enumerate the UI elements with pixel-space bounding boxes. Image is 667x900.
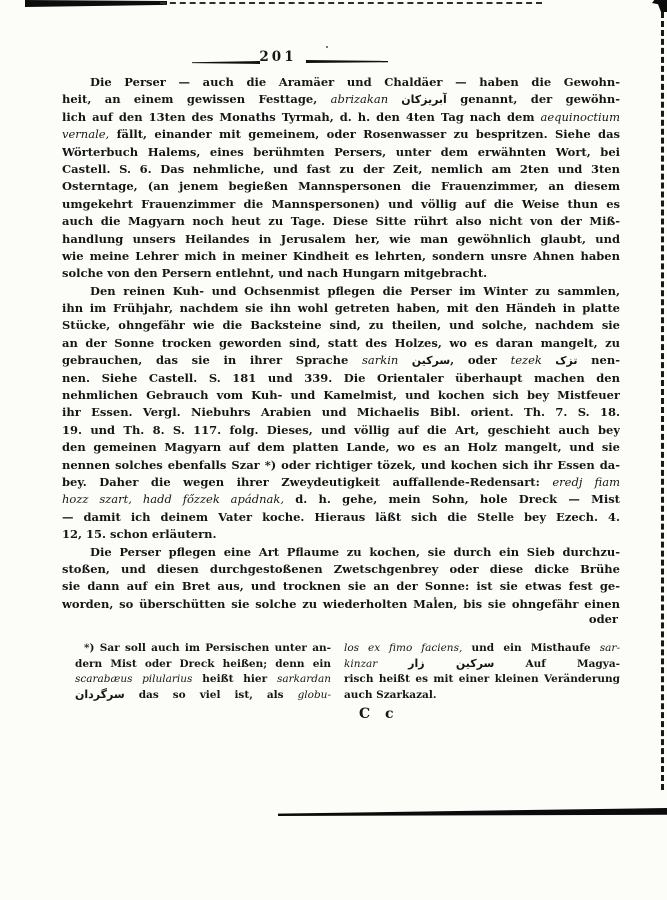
fraktur-text: stoßen, und diesen durchgestoßenen Zwets… xyxy=(62,562,620,578)
arabic-script-text: سرکین xyxy=(412,354,450,367)
text-line: hozz szart, hadd főzzek apádnak, d. h. g… xyxy=(62,491,620,508)
footnotes: *) Sar soll auch im Persischen unter an-… xyxy=(75,641,620,723)
text-line: umgekehrt Frauenzimmer die Mannspersonen… xyxy=(62,196,620,213)
text-line: سرگردان das so viel ist, als globu- xyxy=(75,688,331,704)
text-line: auch die Magyarn noch heut zu Tage. Dies… xyxy=(62,213,620,230)
latin-italic-text: abrizakan xyxy=(331,92,402,106)
fraktur-text: d. h. gehe, mein Sohn, hole Dreck — Mist xyxy=(284,492,620,506)
fraktur-text: nen. Siehe Castell. S. 181 und 339. Die … xyxy=(62,371,620,385)
latin-italic-text: sarkin xyxy=(362,353,412,367)
fraktur-text: gebrauchen, das sie in ihrer Sprache xyxy=(62,353,362,367)
arabic-script-text: آبریزکان xyxy=(401,93,447,106)
fraktur-text: nehmlichen Gebrauch vom Kuh- und Kamelmi… xyxy=(62,388,620,402)
text-line: solche von den Persern entlehnt, und nac… xyxy=(62,265,620,282)
header-rule-left xyxy=(192,61,260,64)
fraktur-text: ihn im Frühjahr, nachdem sie ihn wohl ge… xyxy=(62,301,620,315)
text-line: 19. und Th. 8. S. 117. folg. Dieses, und… xyxy=(62,422,620,439)
fraktur-text: — damit ich deinem Vater koche. Hieraus … xyxy=(62,510,620,524)
latin-italic-text: eredj fiam xyxy=(552,475,620,489)
text-line: 12, 15. schon erläutern. xyxy=(62,526,620,543)
text-line: an der Sonne trocken geworden sind, stat… xyxy=(62,335,620,352)
scan-line-bottom xyxy=(278,808,667,816)
fraktur-text: nennen solches ebenfalls Szar *) oder ri… xyxy=(62,458,620,472)
fraktur-text: sie dann auf ein Bret aus, und trocknen … xyxy=(62,579,620,593)
text-line: worden, so überschütten sie solche zu wi… xyxy=(62,596,620,613)
fraktur-text: 19. und Th. 8. S. 117. folg. Dieses, und… xyxy=(62,423,620,437)
fraktur-text: Auf Magya- xyxy=(494,658,620,670)
latin-italic-text: sarkardan xyxy=(277,673,331,685)
fraktur-text: 12, 15. schon erläutern. xyxy=(62,527,217,541)
fraktur-text: ihr Essen. Vergl. Niebuhrs Arabien und M… xyxy=(62,405,620,419)
fraktur-text: umgekehrt Frauenzimmer die Mannspersonen… xyxy=(62,197,620,211)
text-line: los ex fimo faciens, und ein Misthaufe s… xyxy=(344,641,620,657)
fraktur-text: handlung unsers Heilandes in Jerusalem h… xyxy=(62,232,620,246)
latin-italic-text: sar- xyxy=(600,642,620,654)
text-line: gebrauchen, das sie in ihrer Sprache sar… xyxy=(62,352,620,369)
fraktur-text: heit, an einem gewissen Festtage, xyxy=(62,92,331,106)
scan-line-right-edge xyxy=(661,12,664,790)
fraktur-text: risch heißt es mit einer kleinen Verände… xyxy=(344,673,620,685)
text-line: heit, an einem gewissen Festtage, abriza… xyxy=(62,91,620,108)
fraktur-text: lich auf den 13ten des Monaths Tyrmah, d… xyxy=(62,110,541,124)
text-line: stoßen, und diesen durchgestoßenen Zwets… xyxy=(62,561,620,578)
scan-blob-top-right xyxy=(652,0,667,12)
arabic-script-text: تزک xyxy=(555,354,577,367)
fraktur-text: und ein Misthaufe xyxy=(462,642,599,654)
fraktur-text: bey. Daher die wegen ihrer Zweydeutigkei… xyxy=(62,475,552,489)
latin-italic-text: vernale, xyxy=(62,127,109,141)
text-line: handlung unsers Heilandes in Jerusalem h… xyxy=(62,231,620,248)
page-number: 201 xyxy=(252,49,304,65)
fraktur-text: Die Perser pflegen eine Art Pflaume zu k… xyxy=(90,545,620,559)
paragraph: Die Perser pflegen eine Art Pflaume zu k… xyxy=(62,544,620,614)
latin-italic-text: aequinoctium xyxy=(541,110,621,124)
fraktur-text: das so viel ist, als xyxy=(125,689,298,701)
text-line: den gemeinen Magyarn auf dem platten Lan… xyxy=(62,439,620,456)
text-line: nen. Siehe Castell. S. 181 und 339. Die … xyxy=(62,370,620,387)
latin-italic-text: scarabæus pilularius xyxy=(75,673,192,685)
text-line: ihn im Frühjahr, nachdem sie ihn wohl ge… xyxy=(62,300,620,317)
fraktur-text: Den reinen Kuh- und Ochsenmist pflegen d… xyxy=(90,284,620,298)
scan-smudge-top-line xyxy=(160,2,542,4)
footnote-column-left: *) Sar soll auch im Persischen unter an-… xyxy=(75,641,331,703)
paragraph: Die Perser — auch die Aramäer und Chaldä… xyxy=(62,74,620,283)
scan-smudge-top-left xyxy=(25,0,167,7)
footnote-column-right: los ex fimo faciens, und ein Misthaufe s… xyxy=(344,641,620,723)
text-line: nehmlichen Gebrauch vom Kuh- und Kamelmi… xyxy=(62,387,620,404)
text-line: lich auf den 13ten des Monaths Tyrmah, d… xyxy=(62,109,620,126)
text-line: *) Sar soll auch im Persischen unter an- xyxy=(75,641,331,657)
header-rule-right xyxy=(306,60,388,63)
fraktur-text: nen- xyxy=(577,353,620,367)
signature-mark: C c xyxy=(344,707,620,723)
scan-speck xyxy=(326,46,328,48)
fraktur-text: Wörterbuch Halems, eines berühmten Perse… xyxy=(62,145,620,159)
fraktur-text: Castell. S. 6. Das nehmliche, und fast z… xyxy=(62,162,620,176)
latin-italic-text: kinzar xyxy=(344,658,408,670)
text-line: sie dann auf ein Bret aus, und trocknen … xyxy=(62,578,620,595)
fraktur-text: worden, so überschütten sie solche zu wi… xyxy=(62,597,620,611)
fraktur-text: Die Perser — auch die Aramäer und Chaldä… xyxy=(90,75,620,89)
scanned-page: 201 Die Perser — auch die Aramäer und Ch… xyxy=(0,0,667,900)
fraktur-text: fällt, einander mit gemeinem, oder Rosen… xyxy=(109,127,620,141)
text-line: ihr Essen. Vergl. Niebuhrs Arabien und M… xyxy=(62,404,620,421)
fraktur-text: auch die Magyarn noch heut zu Tage. Dies… xyxy=(62,214,620,228)
fraktur-text: den gemeinen Magyarn auf dem platten Lan… xyxy=(62,440,620,454)
text-line: Die Perser — auch die Aramäer und Chaldä… xyxy=(62,74,620,91)
text-line: auch Szarkazal. xyxy=(344,688,620,704)
text-line: Wörterbuch Halems, eines berühmten Perse… xyxy=(62,144,620,161)
text-line: Den reinen Kuh- und Ochsenmist pflegen d… xyxy=(62,283,620,300)
fraktur-text: heißt hier xyxy=(192,673,277,685)
text-line: — damit ich deinem Vater koche. Hieraus … xyxy=(62,509,620,526)
text-line: bey. Daher die wegen ihrer Zweydeutigkei… xyxy=(62,474,620,491)
text-line: scarabæus pilularius heißt hier sarkarda… xyxy=(75,672,331,688)
fraktur-text: wie meine Lehrer mich in meiner Kindheit… xyxy=(62,249,620,263)
fraktur-text: Stücke, ohngefähr wie die Backsteine sin… xyxy=(62,318,620,332)
fraktur-text: dern Mist oder Dreck heißen; denn ein xyxy=(75,658,331,670)
latin-italic-text: globu- xyxy=(298,689,331,701)
text-line: dern Mist oder Dreck heißen; denn ein xyxy=(75,657,331,673)
latin-italic-text: los ex fimo faciens, xyxy=(344,642,462,654)
arabic-script-text: سرگردان xyxy=(75,688,125,701)
catchword: oder xyxy=(62,612,618,626)
fraktur-text: an der Sonne trocken geworden sind, stat… xyxy=(62,336,620,350)
fraktur-text: *) Sar soll auch im Persischen unter an- xyxy=(84,642,331,654)
fraktur-text: Osterntage, (an jenem begießen Mannspers… xyxy=(62,179,620,193)
fraktur-text: auch Szarkazal. xyxy=(344,689,437,701)
fraktur-text: , oder xyxy=(450,353,510,367)
text-line: Castell. S. 6. Das nehmliche, und fast z… xyxy=(62,161,620,178)
latin-italic-text: tezek xyxy=(511,353,556,367)
text-line: wie meine Lehrer mich in meiner Kindheit… xyxy=(62,248,620,265)
body-text: Die Perser — auch die Aramäer und Chaldä… xyxy=(62,74,620,613)
text-line: Die Perser pflegen eine Art Pflaume zu k… xyxy=(62,544,620,561)
fraktur-text: solche von den Persern entlehnt, und nac… xyxy=(62,266,487,280)
latin-italic-text: hozz szart, hadd főzzek apádnak, xyxy=(62,492,284,506)
text-line: nennen solches ebenfalls Szar *) oder ri… xyxy=(62,457,620,474)
text-line: vernale, fällt, einander mit gemeinem, o… xyxy=(62,126,620,143)
text-line: risch heißt es mit einer kleinen Verände… xyxy=(344,672,620,688)
fraktur-text: genannt, der gewöhn- xyxy=(447,92,620,106)
text-line: kinzar سرکین زار Auf Magya- xyxy=(344,657,620,673)
text-line: Stücke, ohngefähr wie die Backsteine sin… xyxy=(62,317,620,334)
paragraph: Den reinen Kuh- und Ochsenmist pflegen d… xyxy=(62,283,620,544)
arabic-script-text: سرکین زار xyxy=(408,657,494,670)
text-line: Osterntage, (an jenem begießen Mannspers… xyxy=(62,178,620,195)
